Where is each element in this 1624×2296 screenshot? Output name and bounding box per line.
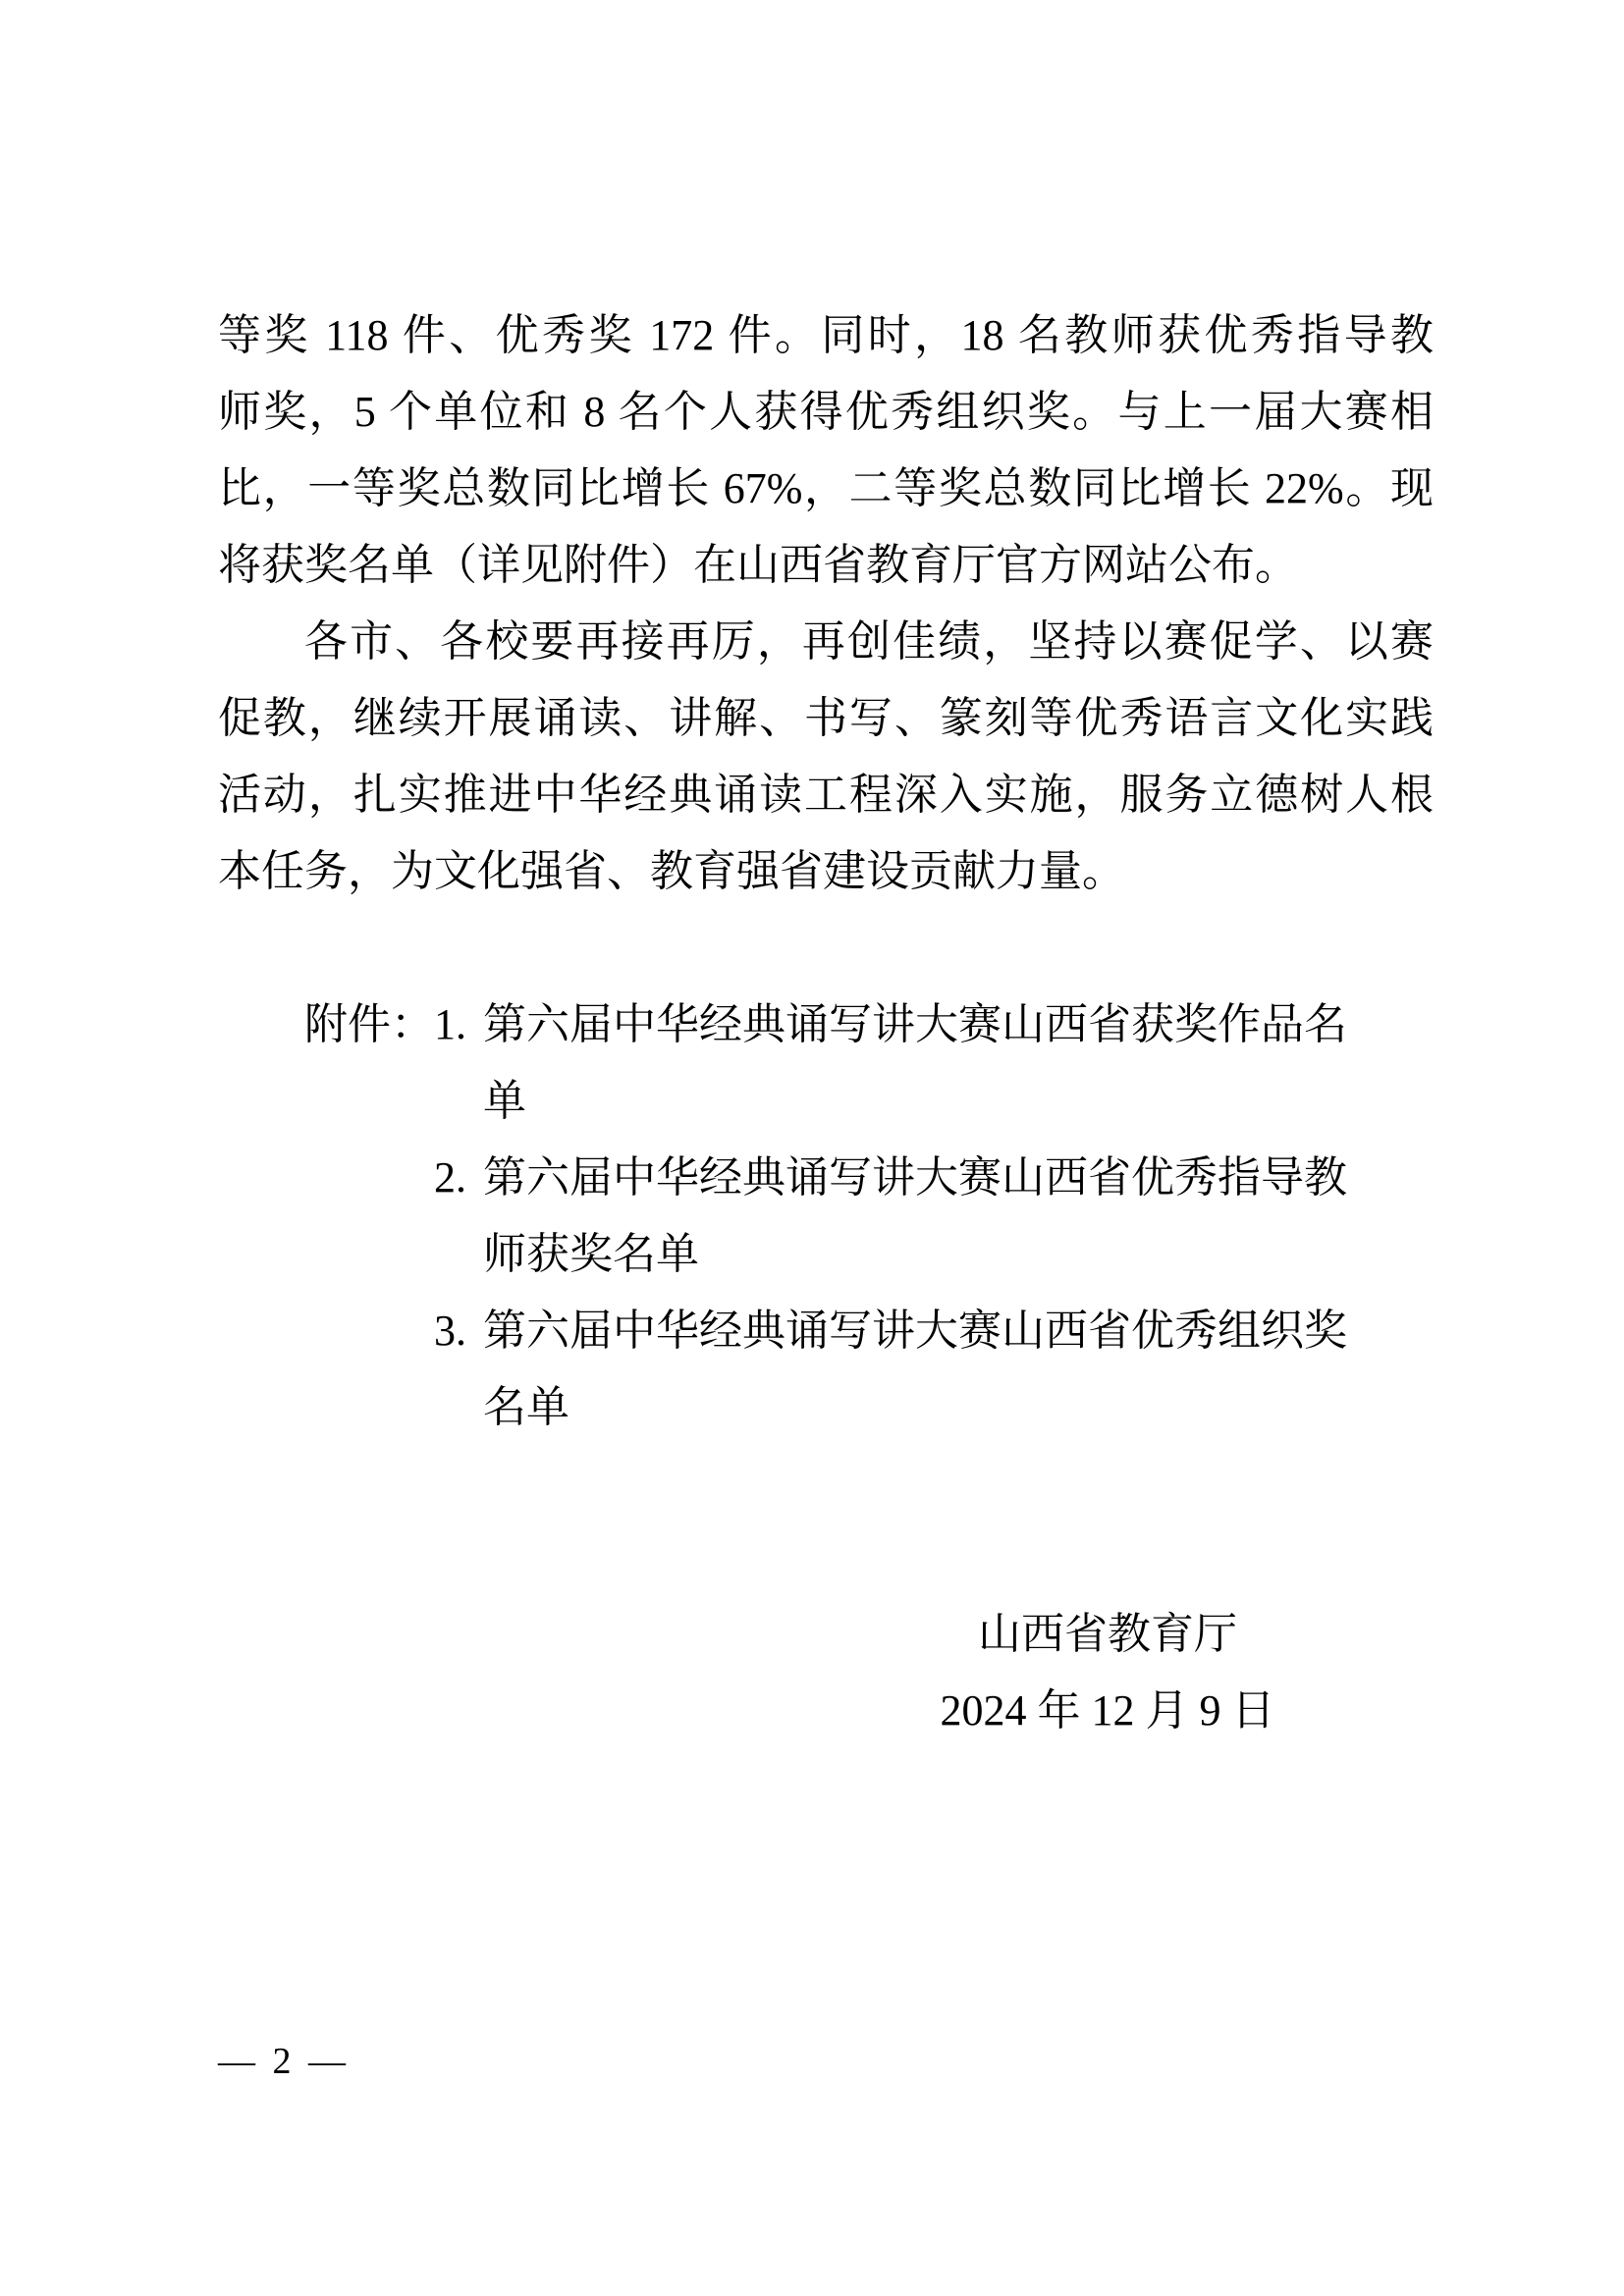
attachment-item-number: 1.	[434, 987, 483, 1063]
body-line: 促教，继续开展诵读、讲解、书写、篆刻等优秀语言文化实践	[218, 680, 1434, 757]
body-line: 师奖，5 个单位和 8 名个人获得优秀组织奖。与上一届大赛相	[218, 374, 1434, 451]
attachment-item-line: 师获奖名单	[483, 1216, 1347, 1293]
body-line: 活动，扎实推进中华经典诵读工程深入实施，服务立德树人根	[218, 757, 1434, 833]
document-page: 等奖 118 件、优秀奖 172 件。同时，18 名教师获优秀指导教 师奖，5 …	[0, 0, 1624, 2296]
issuer-name: 山西省教育厅	[892, 1596, 1324, 1673]
body-line: 各市、各校要再接再厉，再创佳绩，坚持以赛促学、以赛	[218, 604, 1434, 680]
attachment-item-line: 第六届中华经典诵写讲大赛山西省优秀组织奖	[483, 1293, 1347, 1369]
attachments-block: 附件： 1. 第六届中华经典诵写讲大赛山西省获奖作品名 单 2. 第六届中华经典…	[304, 987, 1347, 1446]
attachment-item-line: 名单	[483, 1369, 1347, 1446]
attachment-item-line: 第六届中华经典诵写讲大赛山西省优秀指导教	[483, 1140, 1347, 1216]
attachments-label: 附件：	[304, 987, 434, 1063]
signature-block: 山西省教育厅 2024 年 12 月 9 日	[892, 1596, 1324, 1749]
body-line: 等奖 118 件、优秀奖 172 件。同时，18 名教师获优秀指导教	[218, 297, 1434, 374]
attachments-list: 1. 第六届中华经典诵写讲大赛山西省获奖作品名 单 2. 第六届中华经典诵写讲大…	[434, 987, 1347, 1446]
attachment-item: 2. 第六届中华经典诵写讲大赛山西省优秀指导教 师获奖名单	[434, 1140, 1347, 1293]
attachment-item-text: 第六届中华经典诵写讲大赛山西省优秀组织奖 名单	[483, 1293, 1347, 1446]
body-line: 本任务，为文化强省、教育强省建设贡献力量。	[218, 833, 1434, 910]
body-text: 等奖 118 件、优秀奖 172 件。同时，18 名教师获优秀指导教 师奖，5 …	[218, 297, 1434, 910]
body-line: 将获奖名单（详见附件）在山西省教育厅官方网站公布。	[218, 527, 1434, 604]
page-number: — 2 —	[218, 2040, 346, 2083]
attachment-item-text: 第六届中华经典诵写讲大赛山西省获奖作品名 单	[483, 987, 1347, 1140]
attachment-item-line: 单	[483, 1063, 1347, 1140]
attachment-item-number: 3.	[434, 1293, 483, 1369]
attachment-item-text: 第六届中华经典诵写讲大赛山西省优秀指导教 师获奖名单	[483, 1140, 1347, 1293]
attachment-item-line: 第六届中华经典诵写讲大赛山西省获奖作品名	[483, 987, 1347, 1063]
body-line: 比，一等奖总数同比增长 67%，二等奖总数同比增长 22%。现	[218, 451, 1434, 527]
attachment-item-number: 2.	[434, 1140, 483, 1216]
attachment-item: 1. 第六届中华经典诵写讲大赛山西省获奖作品名 单	[434, 987, 1347, 1140]
issue-date: 2024 年 12 月 9 日	[892, 1673, 1324, 1749]
attachment-item: 3. 第六届中华经典诵写讲大赛山西省优秀组织奖 名单	[434, 1293, 1347, 1446]
